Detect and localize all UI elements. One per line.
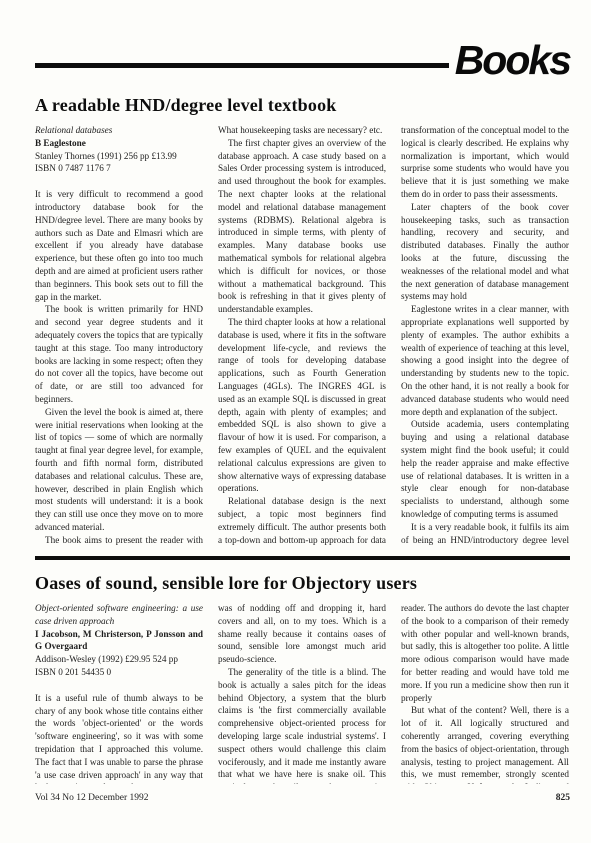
- article-2-column-2: was of nodding off and dropping it, hard…: [218, 602, 386, 784]
- article-2-column-3: reader. The authors do devote the last c…: [401, 602, 569, 784]
- paragraph: It is very difficult to recommend a good…: [35, 188, 203, 303]
- paragraph: Later chapters of the book cover houseke…: [401, 201, 569, 303]
- paragraph: reader. The authors do devote the last c…: [401, 602, 569, 704]
- paragraph: The generality of the title is a blind. …: [218, 666, 386, 784]
- article-2-column-1: Object-oriented software engineering: a …: [35, 602, 203, 784]
- book-info-1: Relational databases B Eaglestone Stanle…: [35, 124, 203, 175]
- book-publisher: Stanley Thornes (1991) 256 pp £13.99: [35, 150, 203, 163]
- book-isbn: ISBN 0 7487 1176 7: [35, 162, 203, 175]
- paragraph: The book aims to present the reader with…: [35, 534, 203, 548]
- masthead-rule: [35, 63, 449, 68]
- paragraph: It is a useful rule of thumb always to b…: [35, 692, 203, 784]
- book-title: Object-oriented software engineering: a …: [35, 602, 203, 628]
- article-divider-rule: [35, 556, 570, 560]
- paragraph: The third chapter looks at how a relatio…: [218, 316, 386, 495]
- book-title: Relational databases: [35, 124, 203, 137]
- paragraph: It is a very readable book, it fulfils i…: [401, 521, 569, 548]
- article-2: Oases of sound, sensible lore for Object…: [35, 572, 570, 784]
- article-1: A readable HND/degree level textbook Rel…: [35, 94, 570, 548]
- paragraph: The book is written primarily for HND an…: [35, 303, 203, 405]
- masthead-title: Books: [449, 38, 570, 82]
- book-info-2: Object-oriented software engineering: a …: [35, 602, 203, 679]
- article-1-column-2: What housekeeping tasks are necessary? e…: [218, 124, 386, 548]
- paragraph: Outside academia, users contemplating bu…: [401, 418, 569, 520]
- article-1-columns: Relational databases B Eaglestone Stanle…: [35, 124, 570, 548]
- paragraph: Relational database design is the next s…: [218, 495, 386, 548]
- paragraph: was of nodding off and dropping it, hard…: [218, 602, 386, 666]
- paragraph: transformation of the conceptual model t…: [401, 124, 569, 201]
- magazine-page: Books A readable HND/degree level textbo…: [0, 0, 591, 843]
- book-author: B Eaglestone: [35, 137, 203, 150]
- paragraph: Eaglestone writes in a clear manner, wit…: [401, 303, 569, 418]
- article-1-title: A readable HND/degree level textbook: [35, 94, 570, 116]
- article-1-column-1: Relational databases B Eaglestone Stanle…: [35, 124, 203, 548]
- article-2-columns: Object-oriented software engineering: a …: [35, 602, 570, 784]
- paragraph: The first chapter gives an overview of t…: [218, 137, 386, 316]
- masthead: Books: [35, 38, 570, 82]
- page-footer: Vol 34 No 12 December 1992 825: [35, 793, 570, 803]
- paragraph: What housekeeping tasks are necessary? e…: [218, 124, 386, 137]
- footer-volume: Vol 34 No 12 December 1992: [35, 793, 149, 803]
- book-author: I Jacobson, M Christerson, P Jonsson and…: [35, 628, 203, 654]
- paragraph: But what of the content? Well, there is …: [401, 704, 569, 784]
- article-2-title: Oases of sound, sensible lore for Object…: [35, 572, 570, 594]
- footer-page-number: 825: [556, 793, 570, 803]
- book-publisher: Addison-Wesley (1992) £29.95 524 pp: [35, 653, 203, 666]
- article-1-column-3: transformation of the conceptual model t…: [401, 124, 569, 548]
- book-isbn: ISBN 0 201 54435 0: [35, 666, 203, 679]
- paragraph: Given the level the book is aimed at, th…: [35, 406, 203, 534]
